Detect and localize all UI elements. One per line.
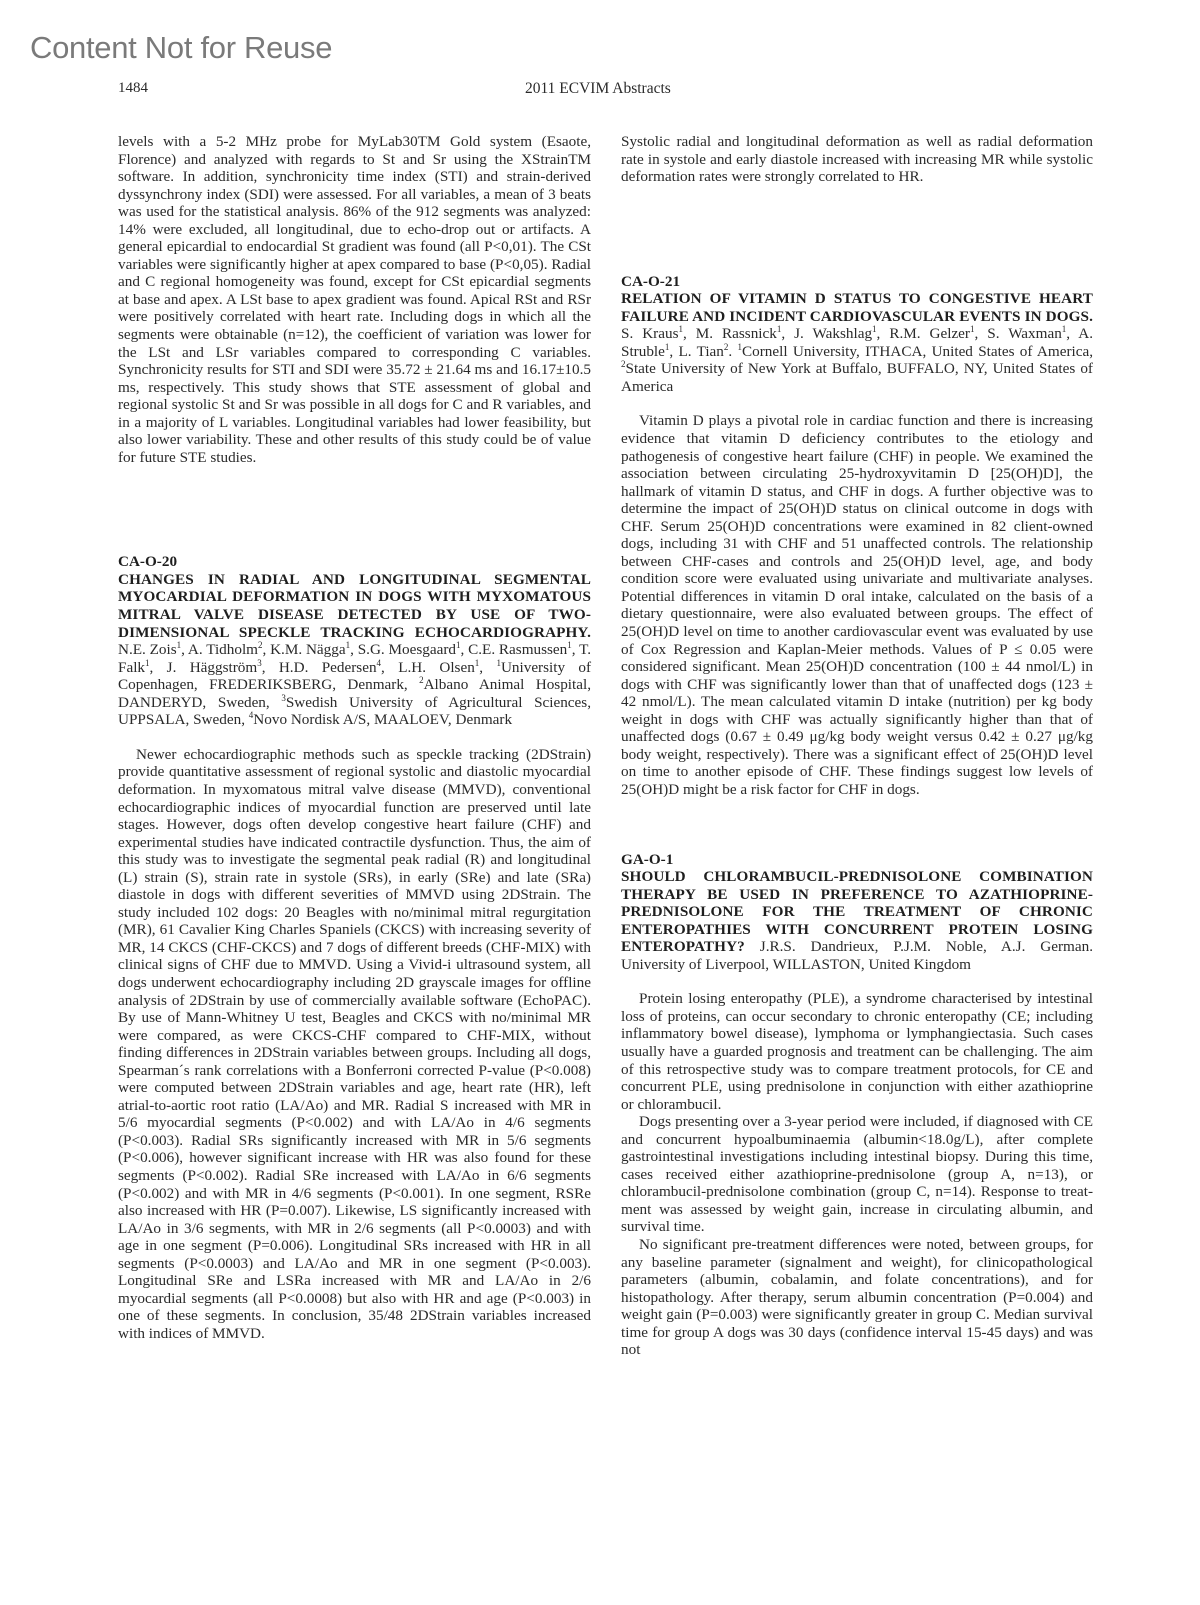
continued-text: Systolic radial and longitudinal deforma… <box>621 133 1093 186</box>
abstract-body: Newer echocardiographic methods such as … <box>118 746 591 1343</box>
abstract-header: SHOULD CHLORAMBUCIL-PREDNISOLONE COMBINA… <box>621 868 1093 973</box>
continued-text: levels with a 5-2 MHz probe for MyLab30T… <box>118 133 591 466</box>
abstract-ga-o-1: GA-O-1 SHOULD CHLORAMBUCIL-PREDNISOLONE … <box>621 851 1093 1359</box>
abstract-header: CHANGES IN RADIAL AND LONGITUDINAL SEGME… <box>118 571 591 729</box>
abstract-title: CHANGES IN RADIAL AND LONGITUDINAL SEGME… <box>118 571 591 641</box>
abstract-paragraph: Protein losing enteropathy (PLE), a synd… <box>621 990 1093 1113</box>
left-column: levels with a 5-2 MHz probe for MyLab30T… <box>118 133 591 1342</box>
abstract-title: RELATION OF VITAMIN D STATUS TO CONGESTI… <box>621 290 1093 325</box>
page-number: 1484 <box>118 80 148 97</box>
abstract-code: GA-O-1 <box>621 851 1093 869</box>
abstract-code: CA-O-21 <box>621 273 1093 291</box>
abstract-paragraph: No significant pre-treatment differences… <box>621 1236 1093 1359</box>
running-title: 2011 ECVIM Abstracts <box>525 80 671 98</box>
abstract-body: Vitamin D plays a pivotal role in cardia… <box>621 412 1093 798</box>
abstract-ca-o-21: CA-O-21 RELATION OF VITAMIN D STATUS TO … <box>621 273 1093 799</box>
right-column: Systolic radial and longitudinal deforma… <box>621 133 1093 1359</box>
abstract-header: RELATION OF VITAMIN D STATUS TO CONGESTI… <box>621 290 1093 395</box>
watermark: Content Not for Reuse <box>30 30 332 66</box>
abstract-code: CA-O-20 <box>118 553 591 571</box>
abstract-paragraph: Dogs presenting over a 3-year period wer… <box>621 1113 1093 1236</box>
abstract-ca-o-20: CA-O-20 CHANGES IN RADIAL AND LONGITUDIN… <box>118 553 591 1342</box>
